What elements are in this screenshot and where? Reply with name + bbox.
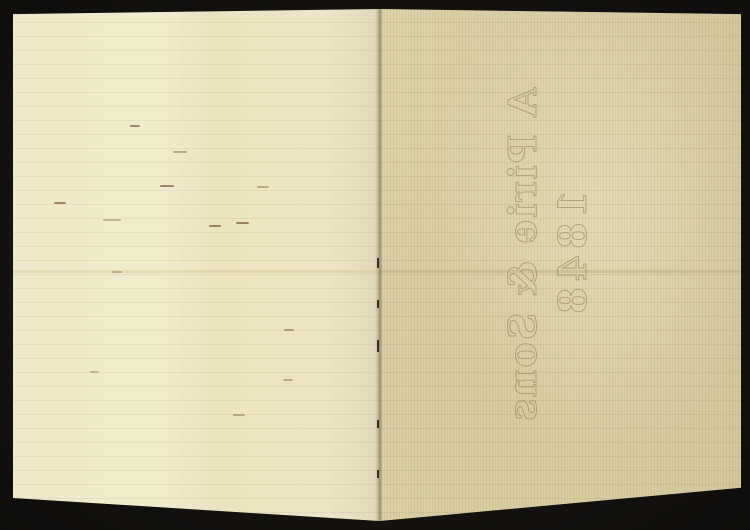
ink-mark (173, 151, 187, 153)
ink-mark (90, 371, 99, 373)
ink-mark (54, 202, 66, 204)
binding-stitch (377, 420, 379, 428)
binding-stitch (377, 258, 379, 268)
paper-watermark: A Pirie & Sons 1848 (503, 88, 593, 423)
left-page (13, 9, 379, 521)
binding-stitch (377, 300, 379, 308)
watermark-year: 1848 (553, 88, 593, 423)
binding-stitch (377, 340, 379, 352)
ink-mark (233, 414, 245, 416)
ink-mark (130, 125, 140, 127)
ink-mark (209, 225, 221, 227)
ink-mark (160, 185, 174, 187)
binding-stitch (377, 470, 379, 478)
ink-mark (284, 329, 294, 331)
watermark-maker: A Pirie & Sons (503, 88, 543, 423)
ink-mark (236, 222, 249, 224)
ink-mark (283, 379, 293, 381)
ink-mark (103, 219, 121, 221)
ink-mark (257, 186, 269, 188)
ink-mark (112, 271, 122, 273)
